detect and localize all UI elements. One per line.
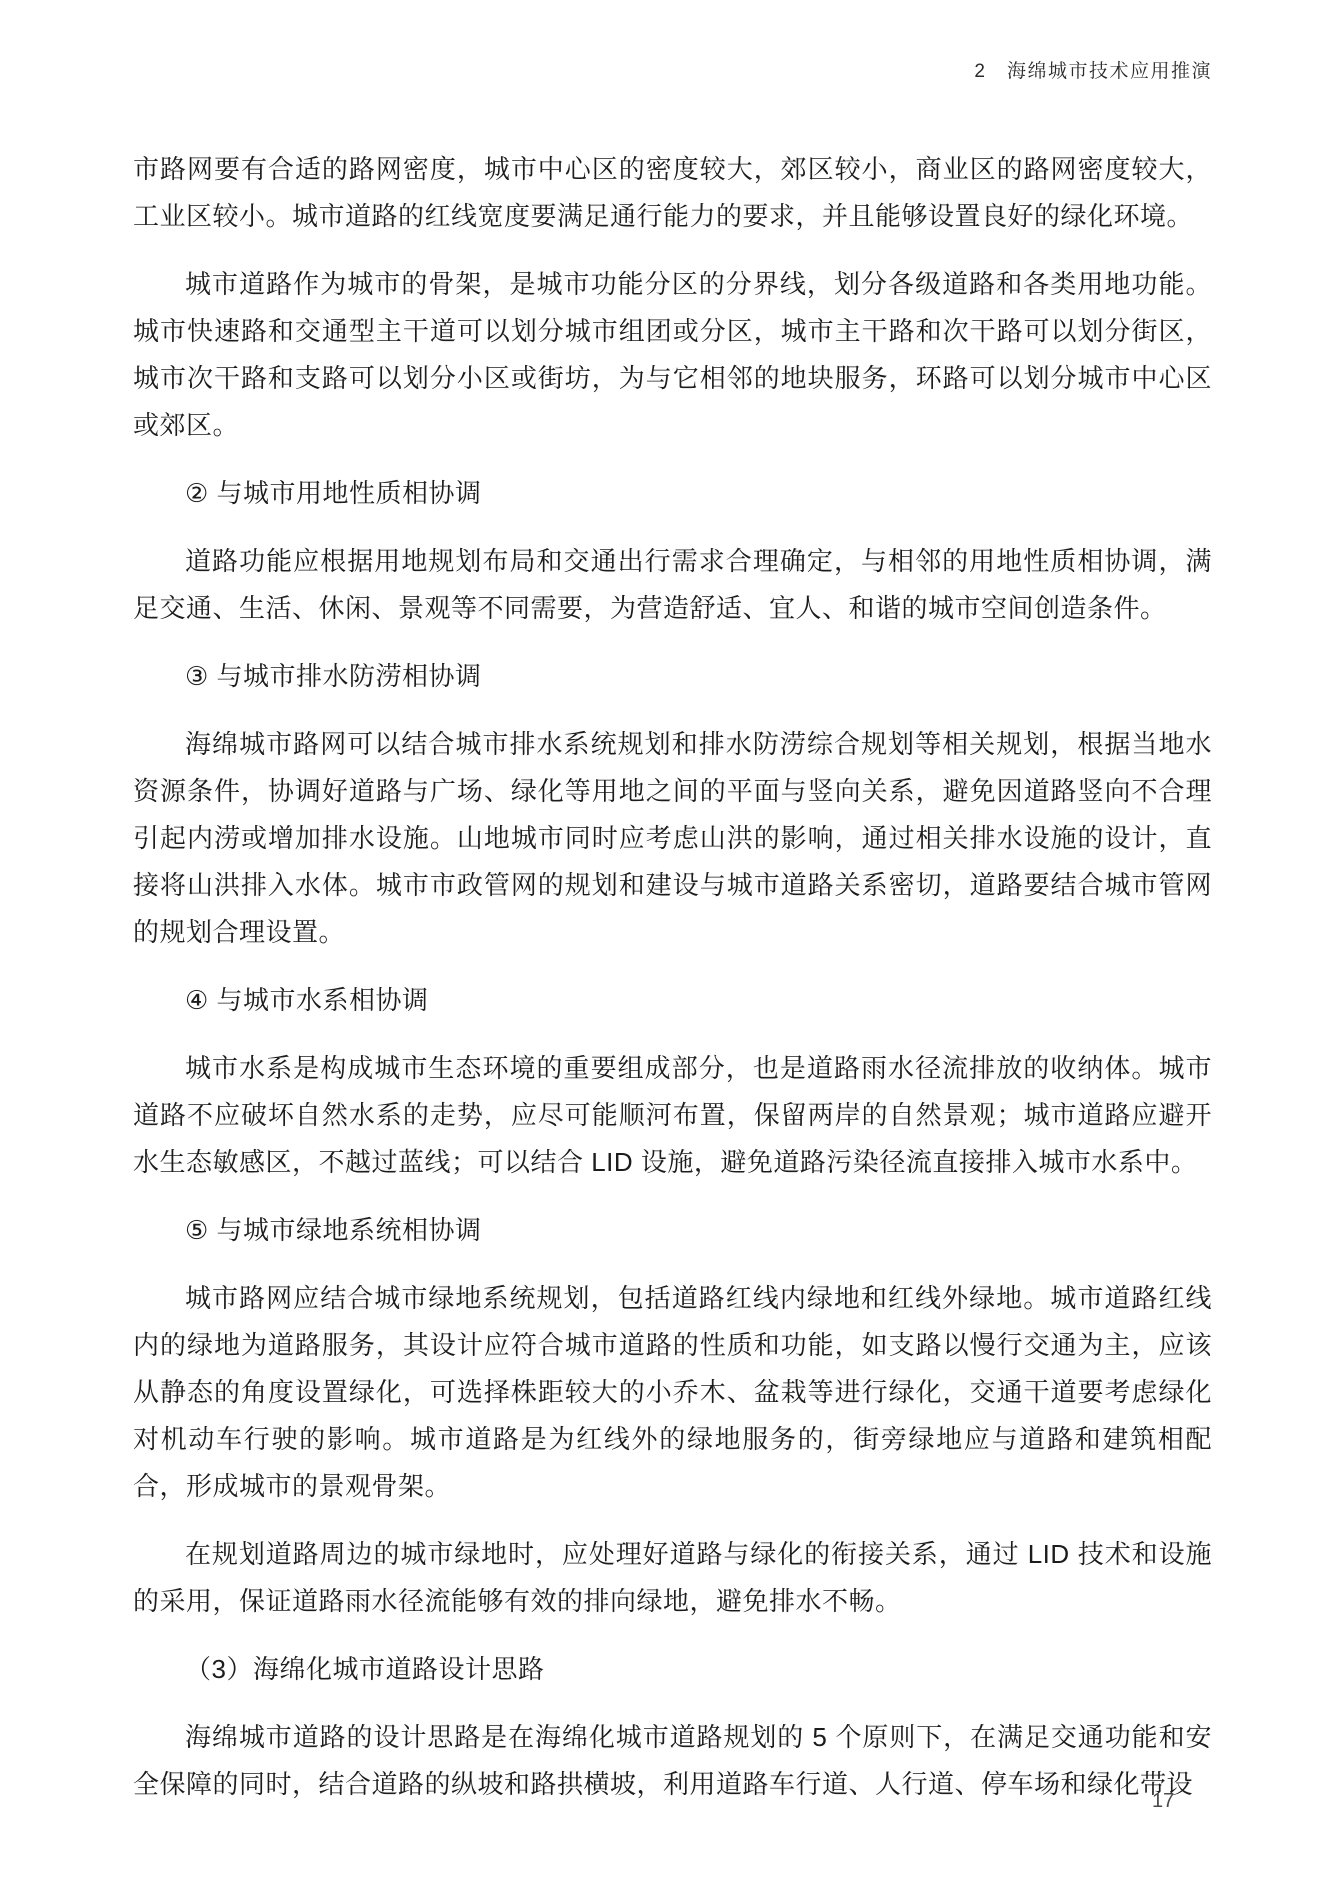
paragraph: 道路功能应根据用地规划布局和交通出行需求合理确定，与相邻的用地性质相协调，满足交…: [133, 538, 1212, 632]
paragraph: 海绵城市道路的设计思路是在海绵化城市道路规划的 5 个原则下，在满足交通功能和安…: [133, 1714, 1212, 1808]
running-header: 2 海绵城市技术应用推演: [133, 56, 1212, 83]
paragraph: 城市路网应结合城市绿地系统规划，包括道路红线内绿地和红线外绿地。城市道路红线内的…: [133, 1275, 1212, 1510]
document-page: 2 海绵城市技术应用推演 市路网要有合适的路网密度，城市中心区的密度较大，郊区较…: [0, 0, 1339, 1890]
paragraph-continuation: 市路网要有合适的路网密度，城市中心区的密度较大，郊区较小，商业区的路网密度较大，…: [133, 146, 1212, 240]
section-heading-2: ② 与城市用地性质相协调: [133, 470, 1212, 517]
paragraph: 城市道路作为城市的骨架，是城市功能分区的分界线，划分各级道路和各类用地功能。城市…: [133, 261, 1212, 449]
paragraph: 海绵城市路网可以结合城市排水系统规划和排水防涝综合规划等相关规划，根据当地水资源…: [133, 721, 1212, 956]
content-area: 市路网要有合适的路网密度，城市中心区的密度较大，郊区较小，商业区的路网密度较大，…: [133, 146, 1212, 1829]
page-number: 17: [1152, 1790, 1174, 1813]
subsection-heading-design-approach: （3）海绵化城市道路设计思路: [133, 1646, 1212, 1693]
paragraph: 城市水系是构成城市生态环境的重要组成部分，也是道路雨水径流排放的收纳体。城市道路…: [133, 1045, 1212, 1186]
section-heading-5: ⑤ 与城市绿地系统相协调: [133, 1207, 1212, 1254]
section-heading-4: ④ 与城市水系相协调: [133, 977, 1212, 1024]
section-heading-3: ③ 与城市排水防涝相协调: [133, 653, 1212, 700]
paragraph: 在规划道路周边的城市绿地时，应处理好道路与绿化的衔接关系，通过 LID 技术和设…: [133, 1531, 1212, 1625]
